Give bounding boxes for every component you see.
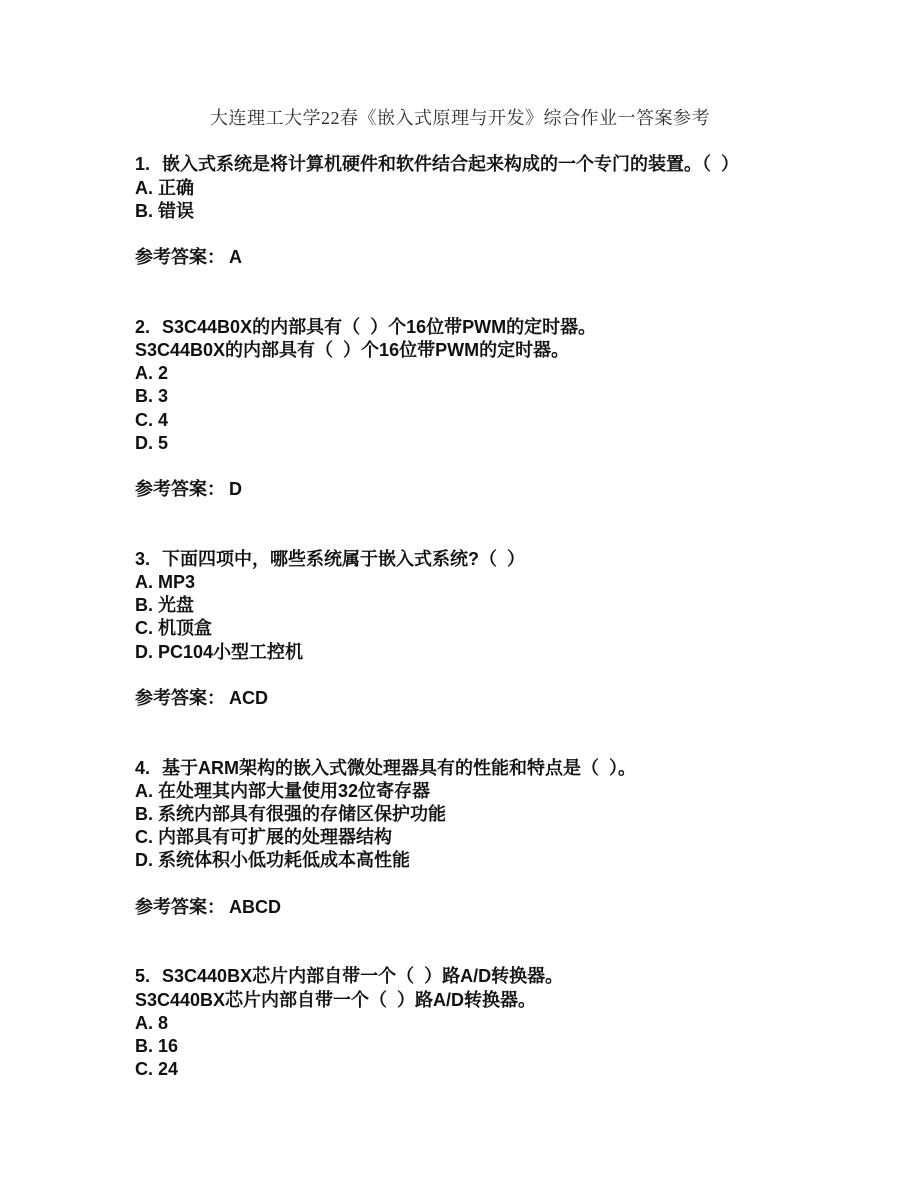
- question-text: S3C440BX芯片内部自带一个（ ）路A/D转换器。: [162, 966, 563, 986]
- question-text-line: 3.下面四项中，哪些系统属于嵌入式系统?（ ）: [135, 548, 880, 571]
- answer-section: 参考答案：A: [0, 223, 920, 316]
- question-gap: [0, 501, 920, 547]
- option-item: B. 16: [135, 1035, 880, 1058]
- answer-label: 参考答案：: [135, 897, 225, 917]
- question-gap: [0, 269, 920, 315]
- options-list: A. 2B. 3C. 4D. 5: [0, 362, 920, 455]
- option-item: B. 光盘: [135, 594, 880, 617]
- answer-value: ACD: [229, 688, 268, 708]
- question-number: 1.: [135, 154, 150, 174]
- option-item: C. 24: [135, 1058, 880, 1081]
- blank-line: [135, 873, 880, 896]
- options-list: A. 正确B. 错误: [0, 177, 920, 223]
- option-item: A. MP3: [135, 571, 880, 594]
- blank-line: [135, 223, 880, 246]
- option-item: B. 3: [135, 385, 880, 408]
- answer-line: 参考答案：ABCD: [135, 896, 880, 919]
- option-item: A. 在处理其内部大量使用32位寄存器: [135, 780, 880, 803]
- answer-line: 参考答案：ACD: [135, 687, 880, 710]
- question-text: S3C44B0X的内部具有（ ）个16位带PWM的定时器。: [162, 317, 596, 337]
- option-item: A. 正确: [135, 177, 880, 200]
- question-repeat-line: S3C440BX芯片内部自带一个（ ）路A/D转换器。: [135, 989, 880, 1012]
- answer-value: ABCD: [229, 897, 281, 917]
- option-item: D. 系统体积小低功耗低成本高性能: [135, 849, 880, 872]
- answer-line: 参考答案：D: [135, 478, 880, 501]
- question-block: 5.S3C440BX芯片内部自带一个（ ）路A/D转换器。 S3C440BX芯片…: [0, 965, 920, 1081]
- answer-line: 参考答案：A: [135, 246, 880, 269]
- question-text: 基于ARM架构的嵌入式微处理器具有的性能和特点是（ ）。: [162, 758, 636, 778]
- option-item: A. 8: [135, 1012, 880, 1035]
- answer-value: D: [229, 479, 242, 499]
- options-list: A. 在处理其内部大量使用32位寄存器B. 系统内部具有很强的存储区保护功能C.…: [0, 780, 920, 873]
- question-text: 嵌入式系统是将计算机硬件和软件结合起来构成的一个专门的装置。（ ）: [162, 154, 739, 174]
- question-number: 3.: [135, 549, 150, 569]
- question-repeat-lines: S3C440BX芯片内部自带一个（ ）路A/D转换器。: [0, 989, 920, 1012]
- option-item: C. 内部具有可扩展的处理器结构: [135, 826, 880, 849]
- question-text-line: 2.S3C44B0X的内部具有（ ）个16位带PWM的定时器。: [135, 316, 880, 339]
- question-text-line: 5.S3C440BX芯片内部自带一个（ ）路A/D转换器。: [135, 965, 880, 988]
- option-item: D. PC104小型工控机: [135, 641, 880, 664]
- option-item: B. 系统内部具有很强的存储区保护功能: [135, 803, 880, 826]
- options-list: A. 8B. 16C. 24: [0, 1012, 920, 1082]
- question-text: 下面四项中，哪些系统属于嵌入式系统?（ ）: [162, 549, 525, 569]
- question-block: 3.下面四项中，哪些系统属于嵌入式系统?（ ） A. MP3B. 光盘C. 机顶…: [0, 548, 920, 757]
- question-block: 4.基于ARM架构的嵌入式微处理器具有的性能和特点是（ ）。 A. 在处理其内部…: [0, 757, 920, 966]
- questions-container: 1.嵌入式系统是将计算机硬件和软件结合起来构成的一个专门的装置。（ ） A. 正…: [0, 153, 920, 1081]
- answer-section: 参考答案：ABCD: [0, 873, 920, 966]
- question-number: 5.: [135, 966, 150, 986]
- blank-line: [135, 455, 880, 478]
- option-item: A. 2: [135, 362, 880, 385]
- answer-value: A: [229, 247, 242, 267]
- answer-section: 参考答案：ACD: [0, 664, 920, 757]
- option-item: C. 4: [135, 409, 880, 432]
- answer-label: 参考答案：: [135, 247, 225, 267]
- option-item: C. 机顶盒: [135, 617, 880, 640]
- title-gap: [0, 130, 920, 153]
- question-number: 2.: [135, 317, 150, 337]
- question-number: 4.: [135, 758, 150, 778]
- question-gap: [0, 710, 920, 756]
- question-block: 2.S3C44B0X的内部具有（ ）个16位带PWM的定时器。 S3C44B0X…: [0, 316, 920, 548]
- question-gap: [0, 919, 920, 965]
- document-page: 大连理工大学22春《嵌入式原理与开发》综合作业一答案参考 1.嵌入式系统是将计算…: [0, 0, 920, 1191]
- option-item: B. 错误: [135, 200, 880, 223]
- document-title: 大连理工大学22春《嵌入式原理与开发》综合作业一答案参考: [0, 107, 920, 130]
- option-item: D. 5: [135, 432, 880, 455]
- question-repeat-line: S3C44B0X的内部具有（ ）个16位带PWM的定时器。: [135, 339, 880, 362]
- options-list: A. MP3B. 光盘C. 机顶盒D. PC104小型工控机: [0, 571, 920, 664]
- blank-line: [135, 664, 880, 687]
- answer-label: 参考答案：: [135, 479, 225, 499]
- question-text-line: 4.基于ARM架构的嵌入式微处理器具有的性能和特点是（ ）。: [135, 757, 880, 780]
- answer-section: 参考答案：D: [0, 455, 920, 548]
- answer-label: 参考答案：: [135, 688, 225, 708]
- question-text-line: 1.嵌入式系统是将计算机硬件和软件结合起来构成的一个专门的装置。（ ）: [135, 153, 880, 176]
- question-block: 1.嵌入式系统是将计算机硬件和软件结合起来构成的一个专门的装置。（ ） A. 正…: [0, 153, 920, 315]
- question-repeat-lines: S3C44B0X的内部具有（ ）个16位带PWM的定时器。: [0, 339, 920, 362]
